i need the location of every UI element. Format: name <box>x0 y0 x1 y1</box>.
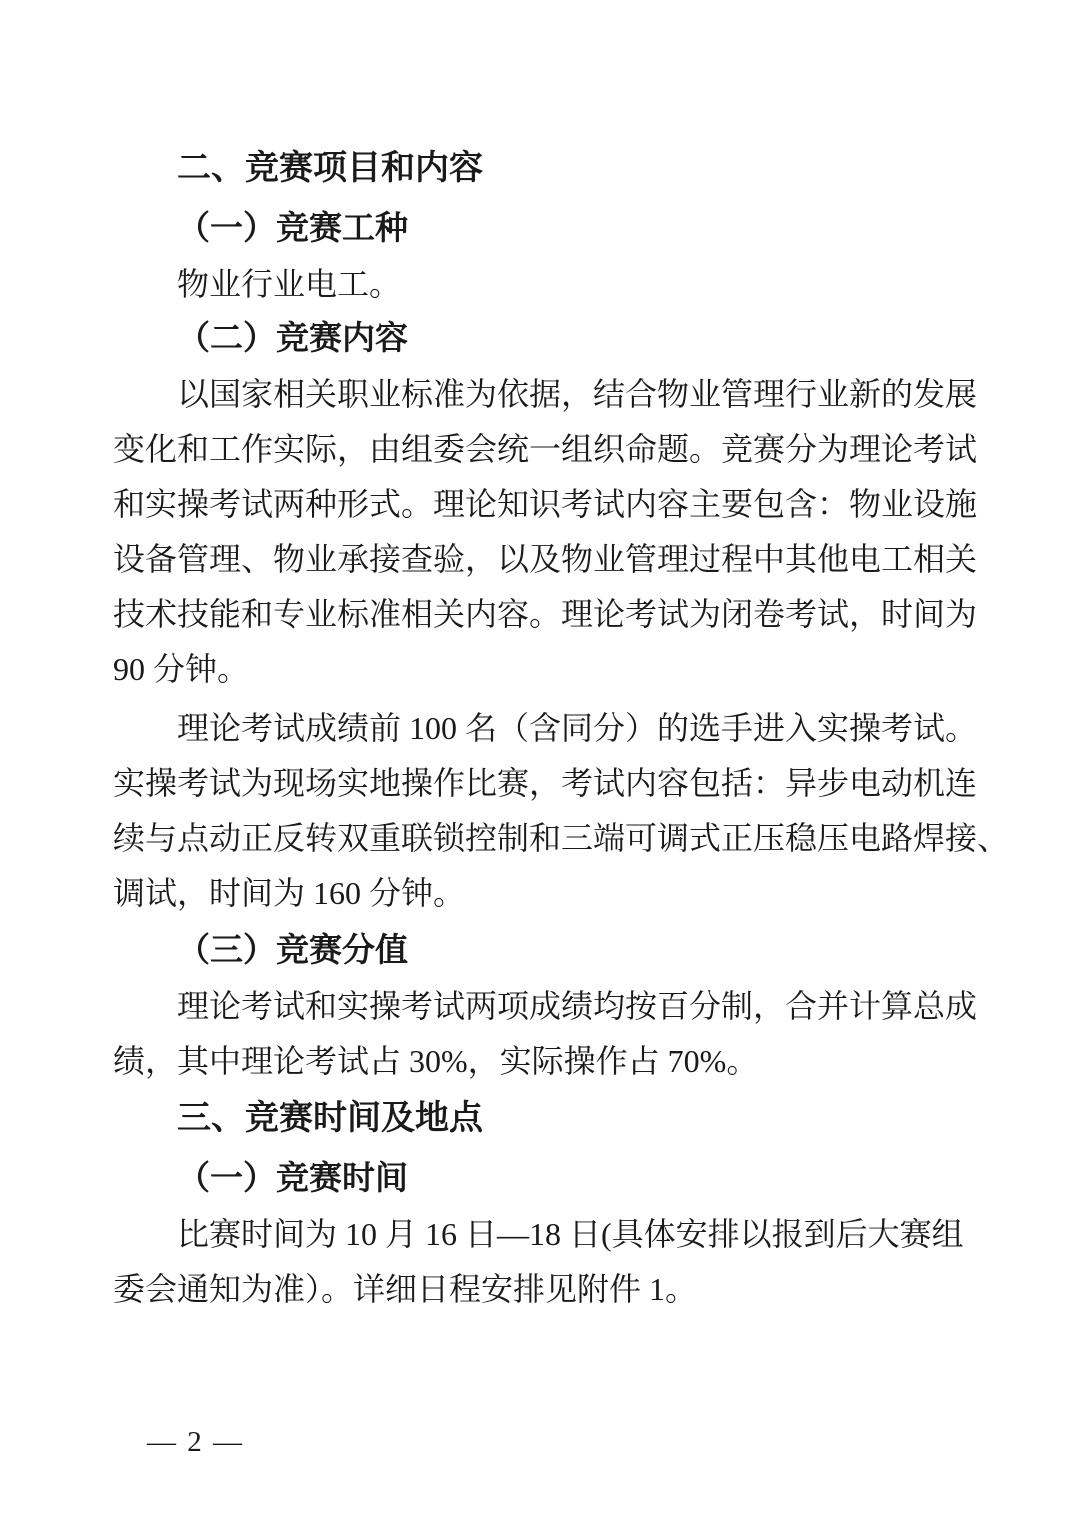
paragraph-line: 物业行业电工。 <box>113 257 973 312</box>
page-number: — 2 — <box>147 1422 244 1462</box>
paragraph-line: 90 分钟。 <box>113 642 973 697</box>
paragraph-line: 以国家相关职业标准为依据，结合物业管理行业新的发展 <box>113 367 973 422</box>
document-page: 二、竞赛项目和内容 （一）竞赛工种 物业行业电工。 （二）竞赛内容 以国家相关职… <box>0 0 1080 1527</box>
paragraph-line: 变化和工作实际，由组委会统一组织命题。竞赛分为理论考试 <box>113 422 973 477</box>
subsection-heading: （二）竞赛内容 <box>113 312 973 367</box>
paragraph-line: 理论考试和实操考试两项成绩均按百分制，合并计算总成 <box>113 979 973 1034</box>
paragraph-line: 调试，时间为 160 分钟。 <box>113 866 973 921</box>
section-heading: 三、竞赛时间及地点 <box>113 1091 973 1146</box>
paragraph-line: 续与点动正反转双重联锁控制和三端可调式正压稳压电路焊接、 <box>113 811 973 866</box>
paragraph-line: 委会通知为准）。详细日程安排见附件 1。 <box>113 1262 973 1317</box>
paragraph-line: 实操考试为现场实地操作比赛，考试内容包括：异步电动机连 <box>113 756 973 811</box>
subsection-heading: （三）竞赛分值 <box>113 924 973 979</box>
paragraph-line: 设备管理、物业承接查验，以及物业管理过程中其他电工相关 <box>113 532 973 587</box>
paragraph-line: 技术技能和专业标准相关内容。理论考试为闭卷考试，时间为 <box>113 587 973 642</box>
subsection-heading: （一）竞赛工种 <box>113 202 973 257</box>
subsection-heading: （一）竞赛时间 <box>113 1152 973 1207</box>
paragraph-line: 理论考试成绩前 100 名（含同分）的选手进入实操考试。 <box>113 701 973 756</box>
paragraph-line: 和实操考试两种形式。理论知识考试内容主要包含：物业设施 <box>113 477 973 532</box>
paragraph-line: 比赛时间为 10 月 16 日—18 日(具体安排以报到后大赛组 <box>113 1207 973 1262</box>
section-heading: 二、竞赛项目和内容 <box>113 141 973 196</box>
paragraph-line: 绩，其中理论考试占 30%，实际操作占 70%。 <box>113 1034 973 1089</box>
